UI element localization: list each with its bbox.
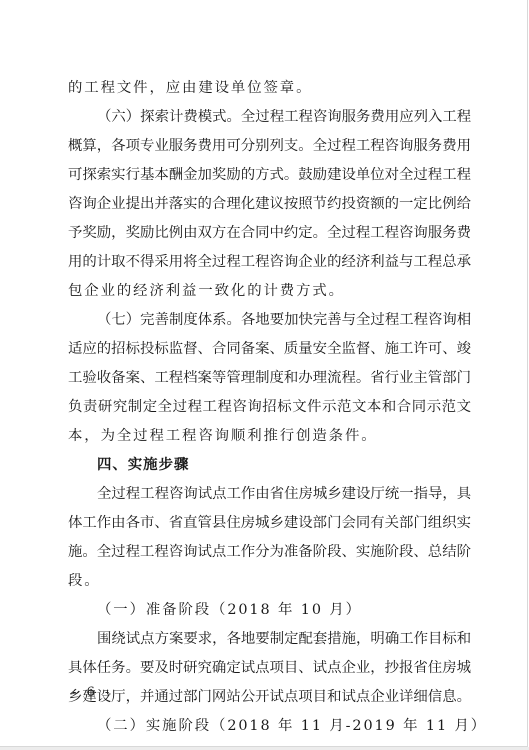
section-seven-heading-line: （七）完善制度体系。各地要加快完善与全过程工程咨询相: [68, 306, 471, 335]
paragraph-line: 乡建设厅，并通过部门网站公开试点项目和试点企业详细信息。: [68, 683, 471, 712]
paragraph-line: 可探索实行基本酬金加奖励的方式。鼓励建设单位对全过程工程: [68, 161, 471, 190]
paragraph-line: 包企业的经济利益一致化的计费方式。: [68, 277, 471, 306]
section-six-heading-line: （六）探索计费模式。全过程工程咨询服务费用应列入工程: [68, 103, 471, 132]
subsection-implementation-heading: （二）实施阶段（2018 年 11 月-2019 年 11 月）: [68, 712, 471, 741]
document-page: 的工程文件，应由建设单位签章。 （六）探索计费模式。全过程工程咨询服务费用应列入…: [0, 0, 528, 747]
paragraph-line: 全过程工程咨询试点工作由省住房城乡建设厅统一指导，具: [68, 480, 471, 509]
paragraph-line: 负责研究制定全过程工程咨询招标文件示范文本和合同示范文: [68, 393, 471, 422]
page-number: - 6 -: [72, 685, 112, 700]
paragraph-line: 施。全过程工程咨询试点工作分为准备阶段、实施阶段、总结阶: [68, 538, 471, 567]
paragraph-line: 的工程文件，应由建设单位签章。: [68, 74, 471, 103]
document-body: 的工程文件，应由建设单位签章。 （六）探索计费模式。全过程工程咨询服务费用应列入…: [68, 74, 471, 741]
paragraph-line: 适应的招标投标监督、合同备案、质量安全监督、施工许可、竣: [68, 335, 471, 364]
paragraph-line: 概算，各项专业服务费用可分别列支。全过程工程咨询服务费用: [68, 132, 471, 161]
paragraph-line: 围绕试点方案要求，各地要制定配套措施，明确工作目标和: [68, 625, 471, 654]
paragraph-line: 用的计取不得采用将全过程工程咨询企业的经济利益与工程总承: [68, 248, 471, 277]
paragraph-line: 段。: [68, 567, 471, 596]
paragraph-line: 咨询企业提出并落实的合理化建议按照节约投资额的一定比例给: [68, 190, 471, 219]
paragraph-line: 具体任务。要及时研究确定试点项目、试点企业，抄报省住房城: [68, 654, 471, 683]
paragraph-line: 本，为全过程工程咨询顺利推行创造条件。: [68, 422, 471, 451]
paragraph-line: 工验收备案、工程档案等管理制度和办理流程。省行业主管部门: [68, 364, 471, 393]
paragraph-line: 予奖励，奖励比例由双方在合同中约定。全过程工程咨询服务费: [68, 219, 471, 248]
subsection-preparation-heading: （一）准备阶段（2018 年 10 月）: [68, 596, 471, 625]
paragraph-line: 体工作由各市、省直管县住房城乡建设部门会同有关部门组织实: [68, 509, 471, 538]
section-heading-implementation-steps: 四、实施步骤: [68, 451, 471, 480]
